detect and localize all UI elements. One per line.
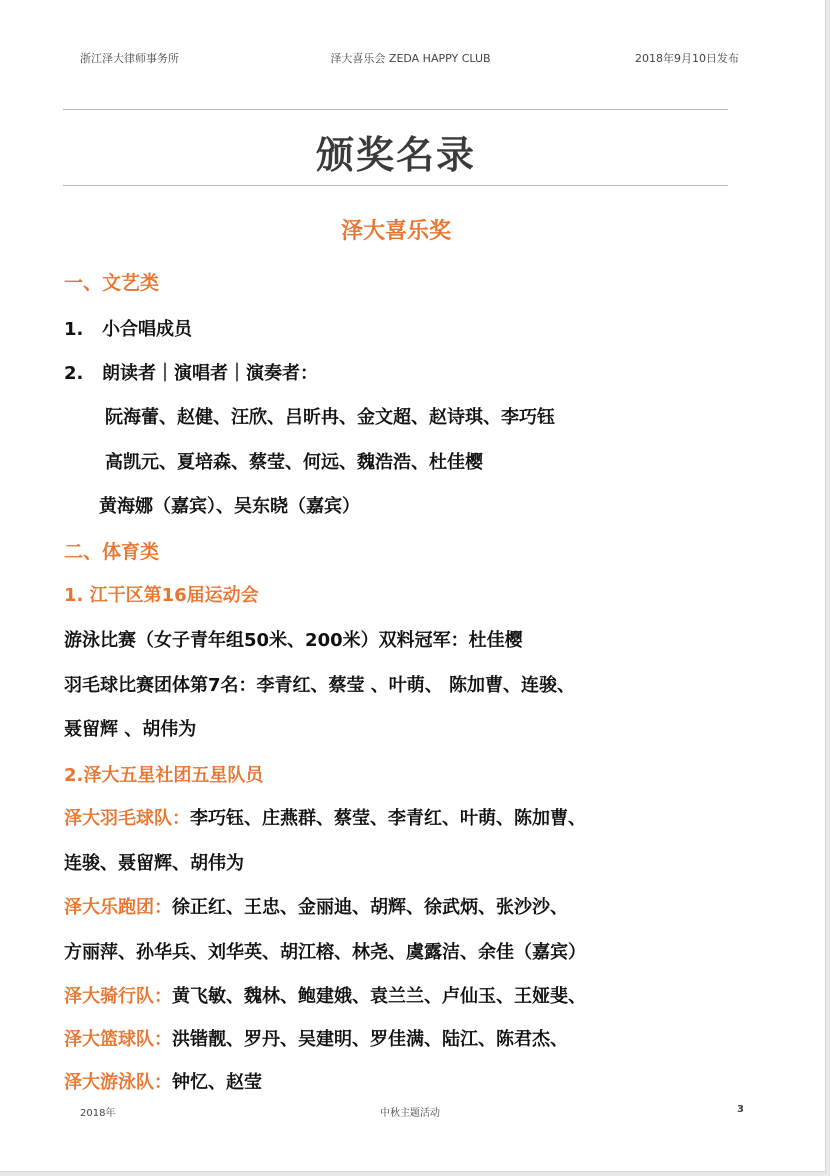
sports-meet-line-3: 聂留辉 、胡伟为 [64, 715, 196, 741]
arts-names-line-2: 高凯元、夏培森、蔡莹、何远、魏浩浩、杜佳樱 [105, 448, 483, 474]
team-label: 泽大羽毛球队： [64, 808, 190, 829]
sports-meet-line-2: 羽毛球比赛团体第7名：李青红、蔡莹 、叶萌、 陈加曹、连骏、 [64, 671, 575, 697]
arts-item-1: 1.小合唱成员 [64, 315, 192, 341]
team-names: 钟忆、赵莹 [172, 1072, 262, 1093]
arts-names-line-1: 阮海蕾、赵健、汪欣、吕昕冉、金文超、赵诗琪、李巧钰 [105, 403, 555, 429]
team-label: 泽大骑行队： [64, 986, 172, 1007]
title-rule-top [63, 109, 728, 110]
sports-meet-line-1: 游泳比赛（女子青年组50米、200米）双料冠军：杜佳樱 [64, 626, 523, 652]
team-names: 洪锴靓、罗丹、吴建明、罗佳满、陆江、陈君杰、 [172, 1029, 568, 1050]
header-publish-date: 2018年9月10日发布 [635, 50, 739, 66]
section-heading-sports: 二、体育类 [64, 537, 159, 564]
item-number: 2. [64, 363, 102, 384]
header-club-text: 泽大喜乐会 ZEDA HAPPY CLUB [330, 52, 490, 65]
team-running: 泽大乐跑团：徐正红、王忠、金丽迪、胡辉、徐武炳、张沙沙、 [64, 893, 568, 919]
team-label: 泽大游泳队： [64, 1072, 172, 1093]
team-names: 李巧钰、庄燕群、蔡莹、李青红、叶萌、陈加曹、 [190, 808, 586, 829]
arts-names-line-3: 黄海娜（嘉宾）、吴东晓（嘉宾） [99, 492, 360, 518]
award-subtitle: 泽大喜乐奖 [0, 214, 792, 245]
subheading-five-star: 2.泽大五星社团五星队员 [64, 761, 263, 787]
subheading-sports-meet: 1. 江干区第16届运动会 [64, 581, 259, 607]
team-names: 徐正红、王忠、金丽迪、胡辉、徐武炳、张沙沙、 [172, 897, 568, 918]
section-heading-arts: 一、文艺类 [64, 268, 159, 295]
footer-page-number: 3 [737, 1104, 744, 1115]
team-label: 泽大乐跑团： [64, 897, 172, 918]
team-badminton-cont: 连骏、聂留辉、胡伟为 [64, 849, 244, 875]
team-swimming: 泽大游泳队：钟忆、赵莹 [64, 1068, 262, 1094]
title-rule-bottom [63, 185, 728, 186]
item-number: 1. [64, 319, 102, 340]
team-label: 泽大篮球队： [64, 1029, 172, 1050]
item-label: 朗读者｜演唱者｜演奏者： [102, 363, 318, 384]
arts-item-2: 2.朗读者｜演唱者｜演奏者： [64, 359, 318, 385]
team-basketball: 泽大篮球队：洪锴靓、罗丹、吴建明、罗佳满、陆江、陈君杰、 [64, 1025, 568, 1051]
document-page: 浙江泽大律师事务所 泽大喜乐会 ZEDA HAPPY CLUB 2018年9月1… [0, 0, 826, 1172]
team-cycling: 泽大骑行队：黄飞敏、魏林、鲍建娥、袁兰兰、卢仙玉、王娅斐、 [64, 982, 586, 1008]
page-title: 颁奖名录 [0, 124, 792, 179]
footer-year: 2018年 [80, 1104, 115, 1119]
team-badminton: 泽大羽毛球队：李巧钰、庄燕群、蔡莹、李青红、叶萌、陈加曹、 [64, 804, 586, 830]
team-running-cont: 方丽萍、孙华兵、刘华英、胡江榕、林尧、虞露洁、余佳（嘉宾） [64, 938, 586, 964]
team-names: 黄飞敏、魏林、鲍建娥、袁兰兰、卢仙玉、王娅斐、 [172, 986, 586, 1007]
footer-event: 中秋主题活动 [380, 1104, 440, 1119]
item-label: 小合唱成员 [102, 319, 192, 340]
